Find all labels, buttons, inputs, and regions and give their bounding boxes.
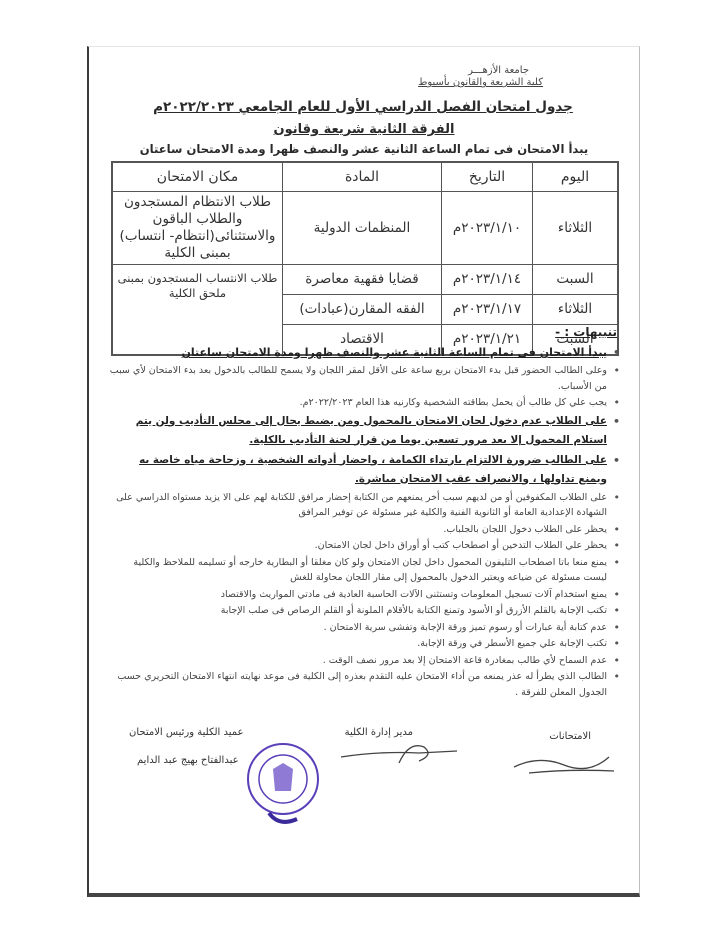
document-page: جامعة الأزهـــر كلية الشريعة والقانون بأ… (87, 46, 640, 897)
notes-title: تنبيهات : - (555, 325, 617, 339)
column-header-day: اليوم (533, 162, 619, 192)
dean-signature-label: عميد الكلية ورئيس الامتحان (129, 727, 244, 738)
day-cell: الثلاثاء (533, 192, 619, 265)
notes-list: يبدأ الامتحان فى تمام الساعة الثانية عشر… (107, 343, 621, 701)
list-item: يحظر علي الطلاب التدخين أو اصطحاب كتب أو… (107, 538, 607, 554)
table-header-row: اليوم التاريخ المادة مكان الامتحان (112, 162, 618, 192)
admin-signature-icon (339, 737, 459, 767)
column-header-place: مكان الامتحان (112, 162, 283, 192)
list-item: الطالب الذي يطرأ له عذر يمنعه من أداء ال… (107, 669, 607, 700)
list-item: على الطلاب عدم دخول لجان الامتحان بالمحم… (107, 412, 607, 450)
list-item: تكتب الإجابة بالقلم الأزرق أو الأسود وتم… (107, 603, 607, 619)
note-text: على الطالب ضرورة الالتزام بارتداء الكمام… (139, 454, 607, 485)
exam-schedule-document: جامعة الأزهـــر كلية الشريعة والقانون بأ… (89, 47, 639, 893)
list-item: يبدأ الامتحان فى تمام الساعة الثانية عشر… (107, 343, 607, 362)
note-text: على الطلاب عدم دخول لجان الامتحان بالمحم… (136, 415, 607, 446)
column-header-subject: المادة (283, 162, 442, 192)
dean-name: عبدالفتاح بهيج عبد الدايم (137, 755, 239, 766)
place-cell: طلاب الانتظام المستجدون والطلاب الباقون … (112, 192, 283, 265)
exams-signature-label: الامتحانات (549, 731, 591, 742)
list-item: يمنع استخدام آلات تسجيل المعلومات وتستثن… (107, 587, 607, 603)
signatures-section: الامتحانات مدير إدارة الكلية عميد الكلية… (89, 731, 639, 851)
university-name: جامعة الأزهـــر (468, 65, 529, 76)
table-row: السبت ٢٠٢٣/١/١٤م قضايا فقهية معاصرة طلاب… (112, 264, 618, 294)
list-item: عدم كتابة أية عبارات أو رسوم تميز ورقة ا… (107, 620, 607, 636)
list-item: وعلى الطالب الحضور قبل بدء الامتحان بربع… (107, 363, 607, 394)
subject-cell: المنظمات الدولية (283, 192, 442, 265)
date-cell: ٢٠٢٣/١/١٧م (442, 294, 533, 324)
list-item: على الطالب ضرورة الالتزام بارتداء الكمام… (107, 451, 607, 489)
subject-cell: قضايا فقهية معاصرة (283, 264, 442, 294)
day-cell: السبت (533, 264, 619, 294)
list-item: يمنع منعا باتا اصطحاب التليفون المحمول د… (107, 555, 607, 586)
document-subtitle: الفرقة الثانية شريعة وقانون (89, 122, 639, 137)
exams-signature-icon (509, 745, 619, 779)
list-item: يحظر على الطلاب دخول اللجان بالجلباب. (107, 522, 607, 538)
official-stamp-icon (239, 739, 319, 831)
day-cell: الثلاثاء (533, 294, 619, 324)
date-cell: ٢٠٢٣/١/١٠م (442, 192, 533, 265)
subject-cell: الفقه المقارن(عبادات) (283, 294, 442, 324)
schedule-table: اليوم التاريخ المادة مكان الامتحان الثلا… (111, 161, 619, 356)
start-time-note: يبدأ الامتحان فى تمام الساعة الثانية عشر… (107, 142, 621, 156)
list-item: عدم السماح لأي طالب بمغادرة قاعة الامتحا… (107, 653, 607, 669)
place-cell: طلاب الانتساب المستجدون بمبنى ملحق الكلي… (112, 264, 283, 355)
list-item: على الطلاب المكفوفين أو من لديهم سبب أخر… (107, 490, 607, 521)
faculty-name: كلية الشريعة والقانون بأسيوط (418, 77, 543, 88)
list-item: تكتب الإجابة علي جميع الأسطر في ورقة الإ… (107, 636, 607, 652)
document-title: جدول امتحان الفصل الدراسي الأول للعام ال… (113, 99, 613, 115)
date-cell: ٢٠٢٣/١/١٤م (442, 264, 533, 294)
list-item: يجب علي كل طالب أن يحمل بطاقته الشخصية و… (107, 395, 607, 411)
note-text: يبدأ الامتحان فى تمام الساعة الثانية عشر… (182, 346, 607, 359)
table-row: الثلاثاء ٢٠٢٣/١/١٠م المنظمات الدولية طلا… (112, 192, 618, 265)
column-header-date: التاريخ (442, 162, 533, 192)
